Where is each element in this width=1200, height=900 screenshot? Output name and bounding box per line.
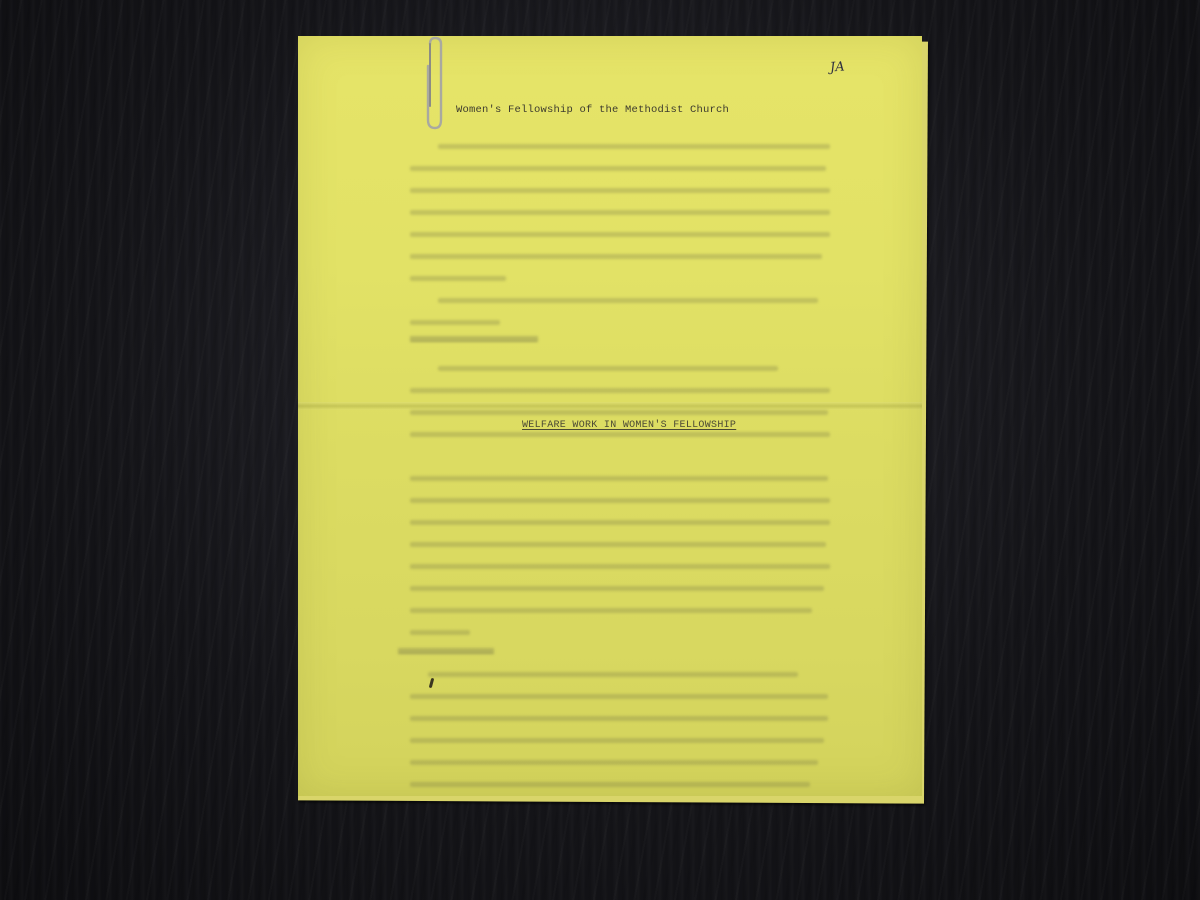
bleed-through-line bbox=[428, 672, 798, 677]
bleed-through-line bbox=[410, 254, 822, 259]
bleed-through-line bbox=[410, 694, 828, 699]
bleed-through-line bbox=[410, 630, 470, 635]
bleed-through-line bbox=[438, 298, 818, 303]
bleed-through-line bbox=[438, 366, 778, 371]
bleed-through-line bbox=[410, 716, 828, 721]
bleed-through-line bbox=[410, 210, 830, 215]
bleed-through-line bbox=[410, 388, 830, 393]
bleed-through-line bbox=[410, 276, 506, 281]
bleed-through-line bbox=[410, 232, 830, 237]
section-heading: WELFARE WORK IN WOMEN'S FELLOWSHIP bbox=[522, 420, 736, 431]
bleed-through-line bbox=[410, 188, 830, 193]
bleed-through-line bbox=[410, 476, 828, 481]
bleed-through-line bbox=[410, 542, 826, 547]
ink-speck bbox=[429, 678, 434, 688]
handwritten-initials: JA bbox=[829, 60, 845, 76]
bleed-through-line bbox=[410, 738, 824, 743]
bleed-through-line bbox=[410, 760, 818, 765]
bleed-through-line bbox=[410, 520, 830, 525]
bleed-through-line bbox=[410, 782, 810, 787]
bleed-through-line bbox=[410, 432, 830, 437]
bleed-through-heading bbox=[410, 336, 538, 342]
document-title: Women's Fellowship of the Methodist Chur… bbox=[456, 104, 729, 116]
bleed-through-line bbox=[410, 166, 826, 171]
bleed-through-line bbox=[410, 586, 824, 591]
page-fold-crease bbox=[298, 402, 922, 410]
bleed-through-line bbox=[410, 564, 830, 569]
bleed-through-line bbox=[438, 144, 830, 149]
paper-clip-icon bbox=[420, 36, 448, 132]
bleed-through-line bbox=[410, 320, 500, 325]
bleed-through-heading bbox=[398, 648, 494, 654]
bleed-through-line bbox=[410, 410, 828, 415]
document-page: JA Women's Fellowship of the Methodist C… bbox=[298, 36, 922, 796]
bleed-through-line bbox=[410, 498, 830, 503]
bleed-through-line bbox=[410, 608, 812, 613]
